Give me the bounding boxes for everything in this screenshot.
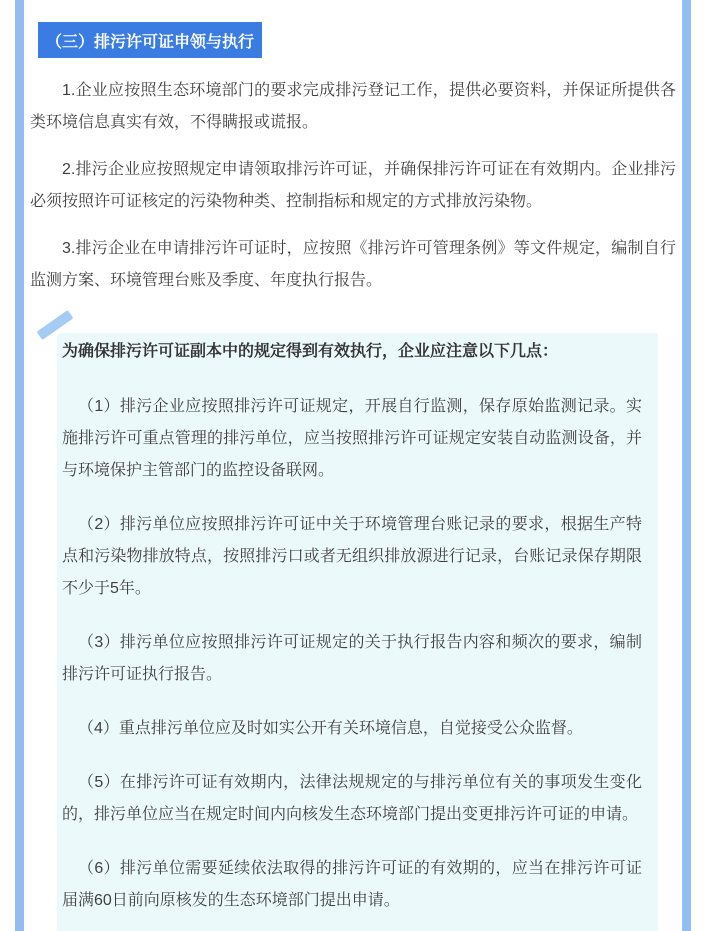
note-item-4: （4）重点排污单位应及时如实公开有关环境信息，自觉接受公众监督。 bbox=[62, 713, 642, 745]
note-item-6: （6）排污单位需要延续依法取得的排污许可证的有效期的，应当在排污许可证届满60日… bbox=[62, 853, 642, 917]
note-item-3: （3）排污单位应按照排污许可证规定的关于执行报告内容和频次的要求，编制排污许可证… bbox=[62, 627, 642, 691]
section-heading-badge: （三）排污许可证申领与执行 bbox=[38, 22, 262, 58]
intro-paragraph-1: 1.企业应按照生态环境部门的要求完成排污登记工作，提供必要资料，并保证所提供各类… bbox=[30, 75, 676, 139]
note-item-5: （5）在排污许可证有效期内，法律法规规定的与排污单位有关的事项发生变化的，排污单… bbox=[62, 767, 642, 831]
note-item-1: （1）排污企业应按照排污许可证规定，开展自行监测，保存原始监测记录。实施排污许可… bbox=[62, 391, 642, 487]
right-border-bar bbox=[682, 0, 691, 931]
note-box-heading: 为确保排污许可证副本中的规定得到有效执行，企业应注意以下几点： bbox=[62, 336, 642, 368]
left-border-bar bbox=[15, 0, 24, 931]
note-box: 为确保排污许可证副本中的规定得到有效执行，企业应注意以下几点： （1）排污企业应… bbox=[57, 333, 658, 931]
section-heading-text: （三）排污许可证申领与执行 bbox=[46, 29, 254, 52]
intro-paragraph-2: 2.排污企业应按照规定申请领取排污许可证，并确保排污许可证在有效期内。企业排污必… bbox=[30, 154, 676, 218]
article-page: （三）排污许可证申领与执行 1.企业应按照生态环境部门的要求完成排污登记工作，提… bbox=[0, 0, 708, 931]
note-item-2: （2）排污单位应按照排污许可证中关于环境管理台账记录的要求，根据生产特点和污染物… bbox=[62, 509, 642, 605]
intro-paragraph-3: 3.排污企业在申请排污许可证时，应按照《排污许可管理条例》等文件规定，编制自行监… bbox=[30, 233, 676, 297]
intro-paragraphs: 1.企业应按照生态环境部门的要求完成排污登记工作，提供必要资料，并保证所提供各类… bbox=[30, 75, 676, 312]
